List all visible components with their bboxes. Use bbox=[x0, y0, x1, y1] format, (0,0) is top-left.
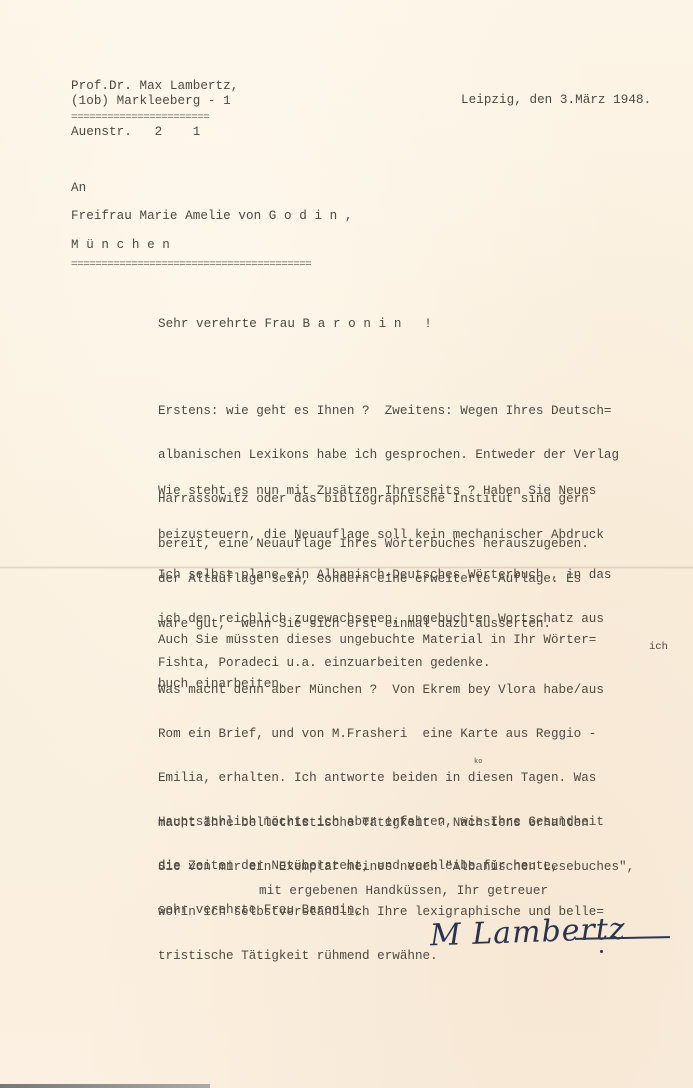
body-line: Erstens: wie geht es Ihnen ? Zweitens: W… bbox=[158, 404, 619, 419]
signature-dot bbox=[600, 950, 603, 953]
salutation: Sehr verehrte Frau B a r o n i n ! bbox=[158, 317, 432, 331]
body-line: Was macht denn aber München ? Von Ekrem … bbox=[158, 683, 634, 698]
sender-city: (1ob) Markleeberg - 1 bbox=[71, 94, 231, 108]
sender-name: Prof.Dr. Max Lambertz, bbox=[71, 79, 238, 93]
signature: M Lambertz bbox=[429, 912, 626, 954]
body-line: die Zeiten der Notübersteht, und verblei… bbox=[158, 859, 604, 874]
handwritten-insertion: ich bbox=[649, 641, 668, 653]
handwritten-correction: ko bbox=[474, 758, 482, 766]
sender-underline: ======================= bbox=[71, 114, 271, 122]
recipient-underline: ======================================== bbox=[71, 261, 391, 269]
letter-page: Prof.Dr. Max Lambertz, (1ob) Markleeberg… bbox=[0, 0, 693, 1088]
place-date: Leipzig, den 3.März 1948. bbox=[461, 93, 651, 107]
closing: mit ergebenen Handküssen, Ihr getreuer bbox=[259, 884, 548, 898]
body-line: Ich selbst plane ein Albanisch-Deutsches… bbox=[158, 568, 611, 583]
body-line: Auch Sie müssten dieses ungebuchte Mater… bbox=[158, 633, 596, 648]
body-line: tristische Tätigkeit rühmend erwähne. bbox=[158, 949, 634, 964]
recipient-name: Freifrau Marie Amelie von G o d i n , bbox=[71, 209, 352, 223]
body-line: Wie steht es nun mit Zusätzen Ihrerseits… bbox=[158, 484, 604, 499]
recipient-city: M ü n c h e n bbox=[71, 238, 170, 252]
scan-edge bbox=[0, 1084, 210, 1088]
sender-street: Auenstr. 2 1 bbox=[71, 125, 200, 139]
body-line: Hauptsächlich möchte ich aber erfahren, … bbox=[158, 815, 604, 830]
body-line: Rom ein Brief, und von M.Frasheri eine K… bbox=[158, 727, 634, 742]
body-line: Emilia, erhalten. Ich antworte beiden in… bbox=[158, 771, 634, 786]
recipient-prefix: An bbox=[71, 181, 86, 195]
